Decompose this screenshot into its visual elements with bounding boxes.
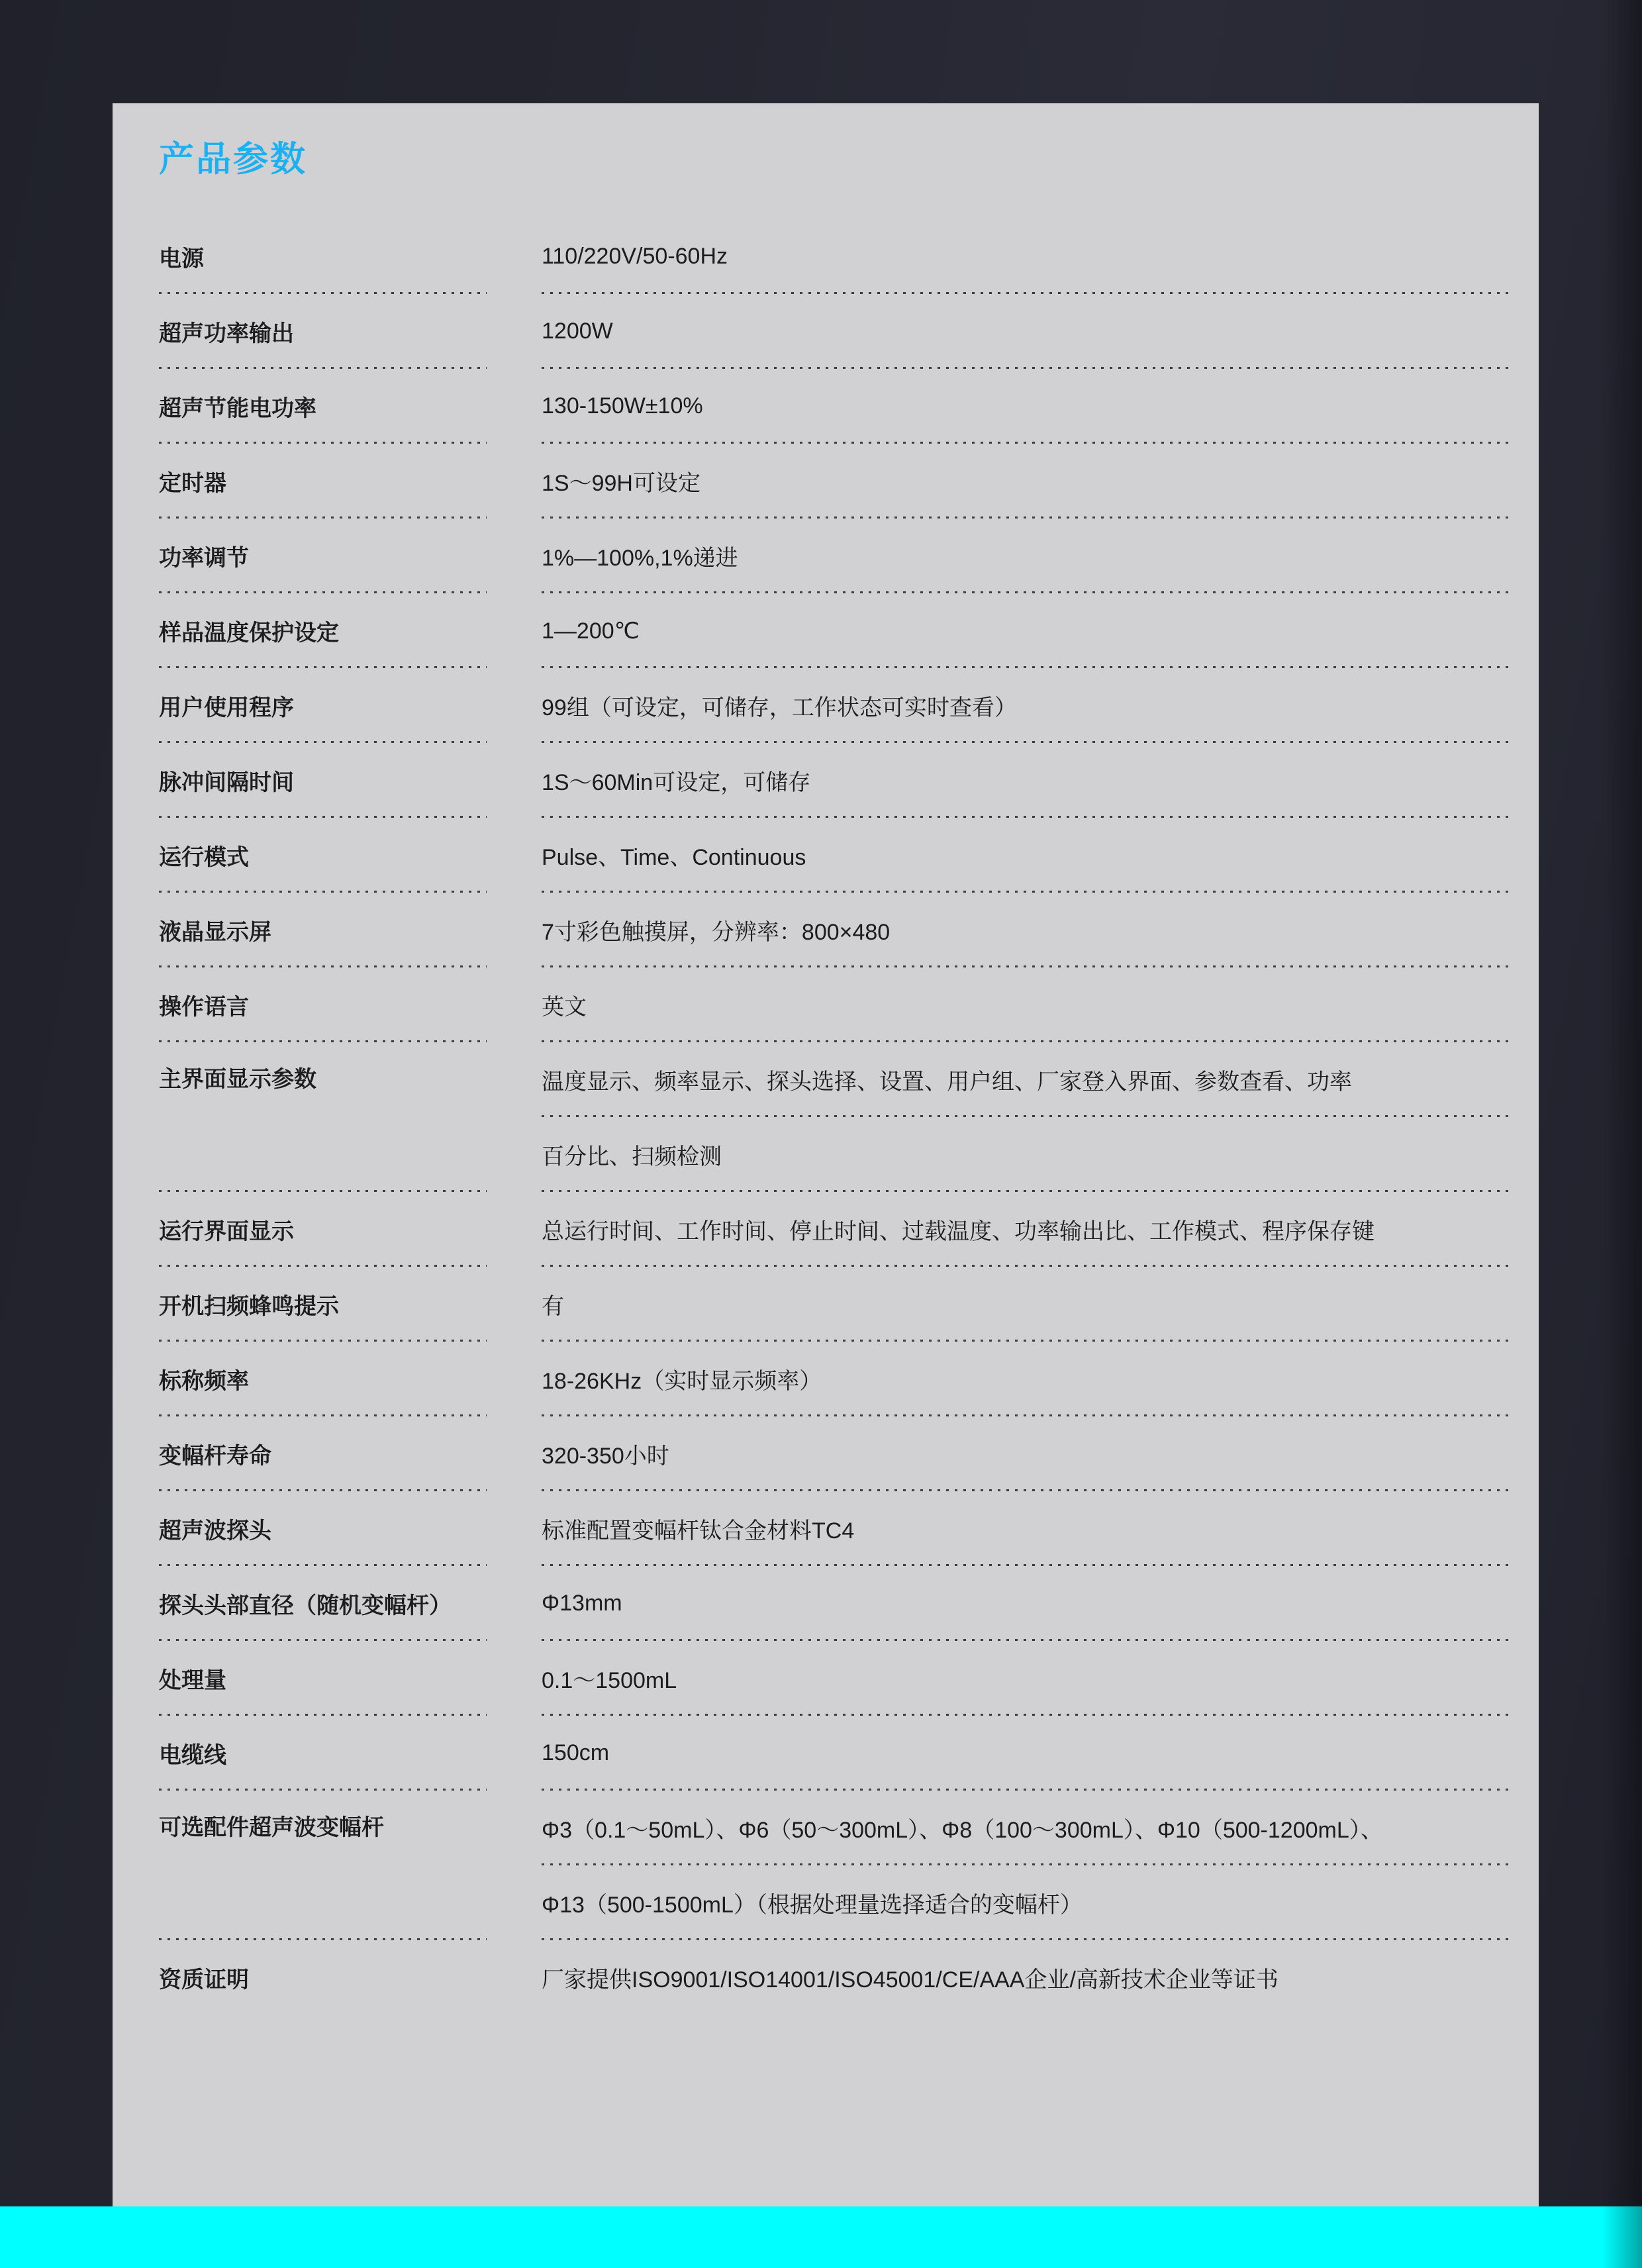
page-background: 产品参数 电源 110/220V/50-60Hz 超声功率输出 1200W 超声… bbox=[0, 0, 1642, 2268]
spec-label: 液晶显示屏 bbox=[159, 893, 487, 967]
spec-row-certifications: 资质证明 厂家提供ISO9001/ISO14001/ISO45001/CE/AA… bbox=[159, 1940, 1510, 2015]
spec-label: 用户使用程序 bbox=[159, 668, 487, 743]
spec-value: Φ13mm bbox=[542, 1566, 1510, 1641]
spec-row-probe-tip-diameter: 探头头部直径（随机变幅杆） Φ13mm bbox=[159, 1566, 1510, 1641]
spec-value: 有 bbox=[542, 1267, 1510, 1342]
spec-label: 操作语言 bbox=[159, 967, 487, 1042]
spec-label: 运行模式 bbox=[159, 818, 487, 893]
spec-label: 样品温度保护设定 bbox=[159, 593, 487, 668]
spec-row-pulse-interval: 脉冲间隔时间 1S～60Min可设定，可储存 bbox=[159, 743, 1510, 818]
spec-label: 运行界面显示 bbox=[159, 1192, 487, 1267]
spec-value: 150cm bbox=[542, 1716, 1510, 1791]
page-title: 产品参数 bbox=[159, 142, 1510, 177]
spec-value: 1S～99H可设定 bbox=[542, 444, 1510, 518]
spec-label: 超声节能电功率 bbox=[159, 369, 487, 444]
spec-label: 探头头部直径（随机变幅杆） bbox=[159, 1566, 487, 1641]
spec-value: 110/220V/50-60Hz bbox=[542, 219, 1510, 294]
footer-accent-bar bbox=[0, 2206, 1642, 2268]
spec-value: 18-26KHz（实时显示频率） bbox=[542, 1342, 1510, 1416]
spec-label: 处理量 bbox=[159, 1641, 487, 1716]
spec-row-user-programs: 用户使用程序 99组（可设定，可储存，工作状态可实时查看） bbox=[159, 668, 1510, 743]
spec-value: 99组（可设定，可储存，工作状态可实时查看） bbox=[542, 668, 1510, 743]
spec-label: 电缆线 bbox=[159, 1716, 487, 1791]
spec-label: 定时器 bbox=[159, 444, 487, 518]
spec-value: 320-350小时 bbox=[542, 1416, 1510, 1491]
spec-value: Pulse、Time、Continuous bbox=[542, 818, 1510, 893]
spec-value: 130-150W±10% bbox=[542, 369, 1510, 444]
spec-value: 1—200℃ bbox=[542, 593, 1510, 668]
spec-label: 主界面显示参数 bbox=[159, 1042, 487, 1192]
spec-row-cable: 电缆线 150cm bbox=[159, 1716, 1510, 1791]
spec-value: 标准配置变幅杆钛合金材料TC4 bbox=[542, 1491, 1510, 1566]
spec-value: 英文 bbox=[542, 967, 1510, 1042]
spec-row-operation-language: 操作语言 英文 bbox=[159, 967, 1510, 1042]
spec-label: 超声波探头 bbox=[159, 1491, 487, 1566]
spec-row-energy-saving-power: 超声节能电功率 130-150W±10% bbox=[159, 369, 1510, 444]
spec-value: 7寸彩色触摸屏，分辨率：800×480 bbox=[542, 893, 1510, 967]
spec-row-lcd-display: 液晶显示屏 7寸彩色触摸屏，分辨率：800×480 bbox=[159, 893, 1510, 967]
spec-row-processing-capacity: 处理量 0.1～1500mL bbox=[159, 1641, 1510, 1716]
spec-label: 开机扫频蜂鸣提示 bbox=[159, 1267, 487, 1342]
spec-row-run-screen-display: 运行界面显示 总运行时间、工作时间、停止时间、过载温度、功率输出比、工作模式、程… bbox=[159, 1192, 1510, 1267]
spec-row-run-mode: 运行模式 Pulse、Time、Continuous bbox=[159, 818, 1510, 893]
spec-label: 标称频率 bbox=[159, 1342, 487, 1416]
spec-label: 超声功率输出 bbox=[159, 294, 487, 369]
spec-label: 电源 bbox=[159, 219, 487, 294]
spec-label: 变幅杆寿命 bbox=[159, 1416, 487, 1491]
spec-value: 温度显示、频率显示、探头选择、设置、用户组、厂家登入界面、参数查看、功率 百分比… bbox=[542, 1042, 1510, 1192]
spec-value: 1%—100%,1%递进 bbox=[542, 518, 1510, 593]
spec-row-ultrasonic-power-output: 超声功率输出 1200W bbox=[159, 294, 1510, 369]
spec-card: 产品参数 电源 110/220V/50-60Hz 超声功率输出 1200W 超声… bbox=[113, 103, 1539, 2206]
spec-row-optional-horns: 可选配件超声波变幅杆 Φ3（0.1～50mL）、Φ6（50～300mL）、Φ8（… bbox=[159, 1791, 1510, 1940]
spec-row-main-screen-params: 主界面显示参数 温度显示、频率显示、探头选择、设置、用户组、厂家登入界面、参数查… bbox=[159, 1042, 1510, 1192]
spec-row-sample-temp-protection: 样品温度保护设定 1—200℃ bbox=[159, 593, 1510, 668]
spec-value: 1200W bbox=[542, 294, 1510, 369]
spec-row-power-supply: 电源 110/220V/50-60Hz bbox=[159, 219, 1510, 294]
spec-row-horn-lifetime: 变幅杆寿命 320-350小时 bbox=[159, 1416, 1510, 1491]
spec-value: 厂家提供ISO9001/ISO14001/ISO45001/CE/AAA企业/高… bbox=[542, 1940, 1510, 2015]
spec-label: 资质证明 bbox=[159, 1940, 487, 2015]
spec-label: 可选配件超声波变幅杆 bbox=[159, 1791, 487, 1940]
spec-value: 1S～60Min可设定，可储存 bbox=[542, 743, 1510, 818]
spec-value: 总运行时间、工作时间、停止时间、过载温度、功率输出比、工作模式、程序保存键 bbox=[542, 1192, 1510, 1267]
spec-value: Φ3（0.1～50mL）、Φ6（50～300mL）、Φ8（100～300mL）、… bbox=[542, 1791, 1510, 1940]
spec-row-timer: 定时器 1S～99H可设定 bbox=[159, 444, 1510, 518]
spec-table: 电源 110/220V/50-60Hz 超声功率输出 1200W 超声节能电功率… bbox=[159, 219, 1510, 2015]
spec-row-nominal-frequency: 标称频率 18-26KHz（实时显示频率） bbox=[159, 1342, 1510, 1416]
spec-label: 功率调节 bbox=[159, 518, 487, 593]
spec-row-startup-beep: 开机扫频蜂鸣提示 有 bbox=[159, 1267, 1510, 1342]
spec-row-power-adjustment: 功率调节 1%—100%,1%递进 bbox=[159, 518, 1510, 593]
spec-row-ultrasonic-probe: 超声波探头 标准配置变幅杆钛合金材料TC4 bbox=[159, 1491, 1510, 1566]
spec-value: 0.1～1500mL bbox=[542, 1641, 1510, 1716]
spec-label: 脉冲间隔时间 bbox=[159, 743, 487, 818]
